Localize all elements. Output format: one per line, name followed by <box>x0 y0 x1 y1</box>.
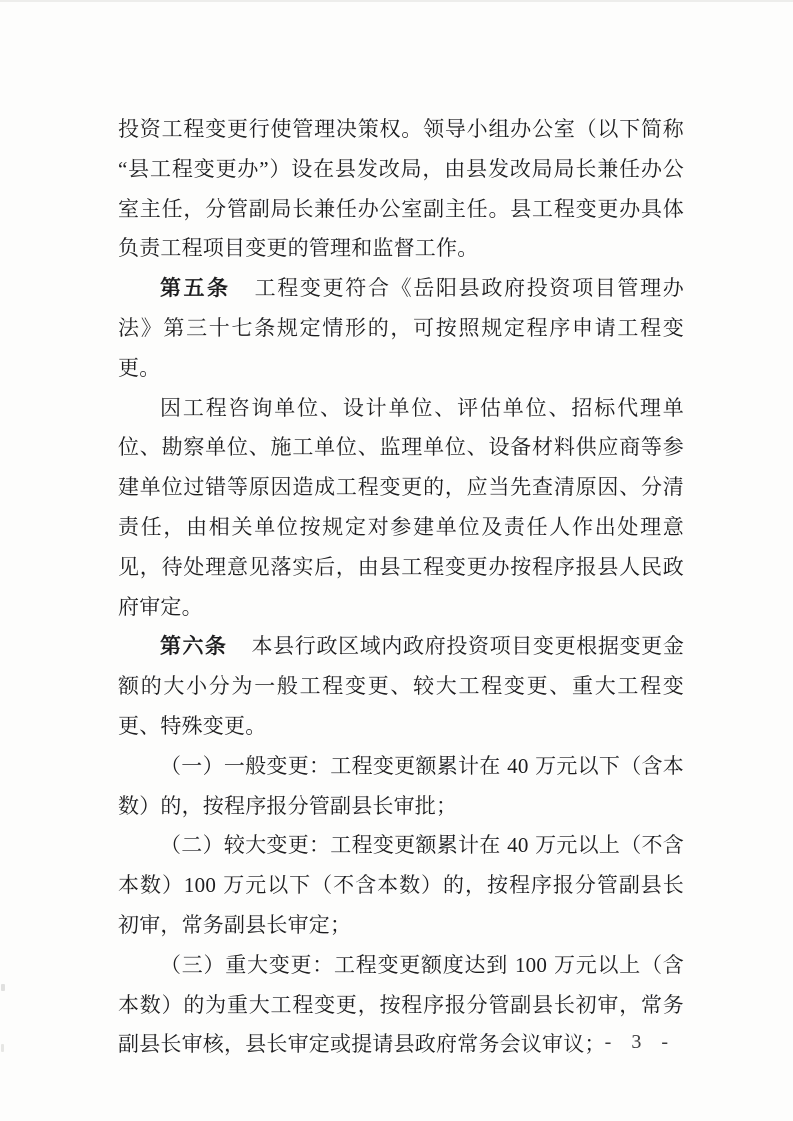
article-number: 第六条 <box>160 635 227 658</box>
paragraph: 投资工程变更行使管理决策权。领导小组办公室（以下简称“县工程变更办”）设在县发改… <box>118 110 684 269</box>
document-body: 投资工程变更行使管理决策权。领导小组办公室（以下简称“县工程变更办”）设在县发改… <box>118 110 684 1065</box>
page-number: - 3 - <box>605 1030 671 1054</box>
paragraph: （一）一般变更：工程变更额累计在 40 万元以下（含本数）的，按程序报分管副县长… <box>118 747 684 827</box>
paragraph: （二）较大变更：工程变更额累计在 40 万元以上（不含本数）100 万元以下（不… <box>118 826 684 945</box>
scan-speck-artifact <box>1 1044 4 1052</box>
paragraph: （三）重大变更：工程变更额度达到 100 万元以上（含本数）的为重大工程变更，按… <box>118 946 684 1065</box>
scan-speck-artifact <box>1 984 5 991</box>
document-page: 投资工程变更行使管理决策权。领导小组办公室（以下简称“县工程变更办”）设在县发改… <box>0 0 793 1121</box>
scan-edge-artifact <box>0 0 793 2</box>
article-number: 第五条 <box>160 277 230 300</box>
paragraph: 因工程咨询单位、设计单位、评估单位、招标代理单位、勘察单位、施工单位、监理单位、… <box>118 389 684 628</box>
paragraph: 第六条本县行政区域内政府投资项目变更根据变更金额的大小分为一般工程变更、较大工程… <box>118 627 684 746</box>
paragraph: 第五条工程变更符合《岳阳县政府投资项目管理办法》第三十七条规定情形的，可按照规定… <box>118 269 684 388</box>
